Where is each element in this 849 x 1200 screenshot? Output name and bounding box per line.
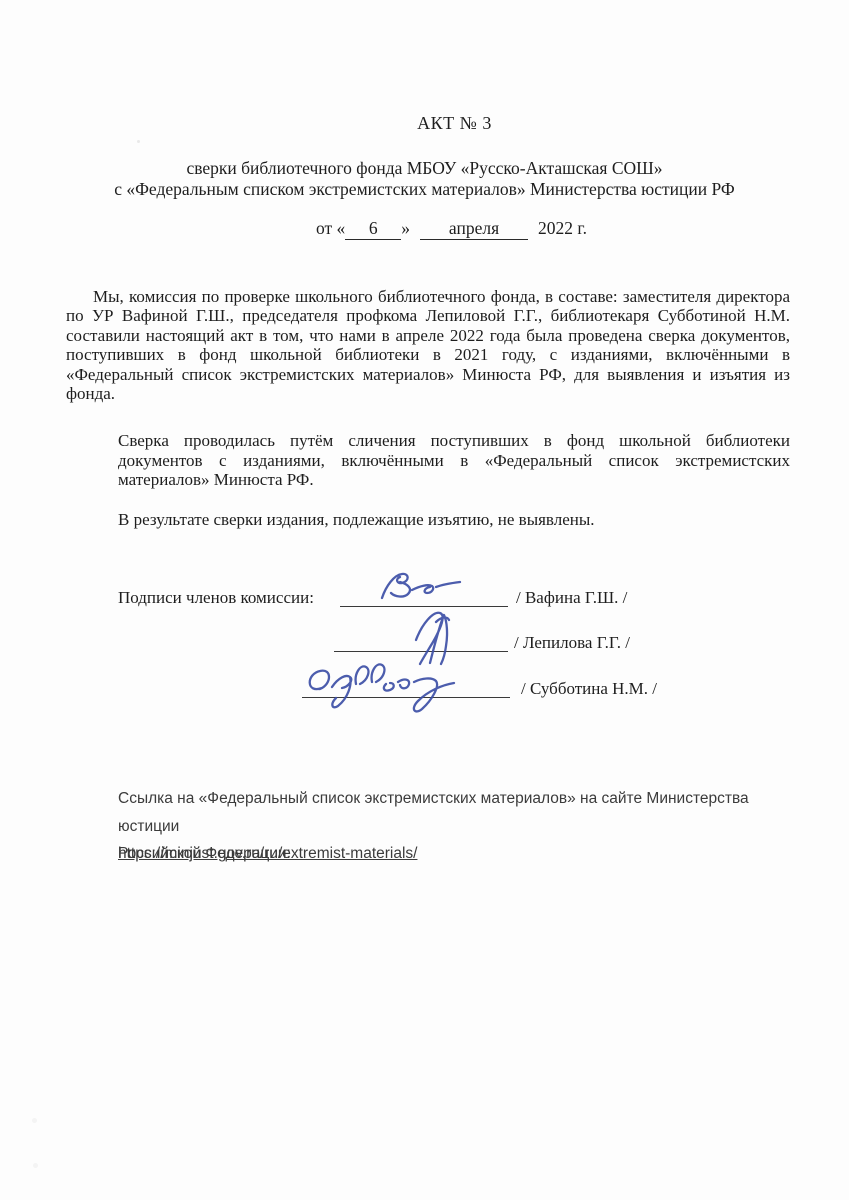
date-close-quote: » xyxy=(401,218,410,238)
signatures-label: Подписи членов комиссии: xyxy=(118,588,314,608)
date-line: от «6»апреля2022 г. xyxy=(27,218,849,240)
paragraph-result: В результате сверки издания, подлежащие … xyxy=(118,510,798,529)
subtitle-line-1: сверки библиотечного фонда МБОУ «Русско-… xyxy=(0,158,849,179)
scan-artifact xyxy=(33,1163,38,1168)
signature-ink-subbotina xyxy=(296,652,506,718)
paragraph-method: Сверка проводилась путём сличения поступ… xyxy=(118,431,790,490)
date-day-blank: 6 xyxy=(345,218,401,240)
date-month-blank: апреля xyxy=(420,218,528,240)
signature-name-vafina: / Вафина Г.Ш. / xyxy=(516,588,627,608)
paragraph-commission: Мы, комиссия по проверке школьного библи… xyxy=(66,287,790,403)
document-page: АКТ № 3 сверки библиотечного фонда МБОУ … xyxy=(0,0,849,1200)
date-year: 2022 г. xyxy=(538,218,587,238)
document-title: АКТ № 3 xyxy=(30,113,849,134)
scan-artifact xyxy=(137,140,140,143)
signature-name-subbotina: / Субботина Н.М. / xyxy=(521,679,657,699)
footer-note-line-1: Ссылка на «Федеральный список экстремист… xyxy=(118,785,778,840)
scan-artifact xyxy=(32,1118,37,1123)
document-subtitle: сверки библиотечного фонда МБОУ «Русско-… xyxy=(0,158,849,200)
signature-ink-vafina xyxy=(372,568,482,606)
subtitle-line-2: с «Федеральным списком экстремистских ма… xyxy=(0,179,849,200)
footer-link[interactable]: https://minjust.gov.ru/ru/extremist-mate… xyxy=(118,845,417,863)
signature-name-lepilova: / Лепилова Г.Г. / xyxy=(514,633,630,653)
date-prefix: от « xyxy=(316,218,345,238)
